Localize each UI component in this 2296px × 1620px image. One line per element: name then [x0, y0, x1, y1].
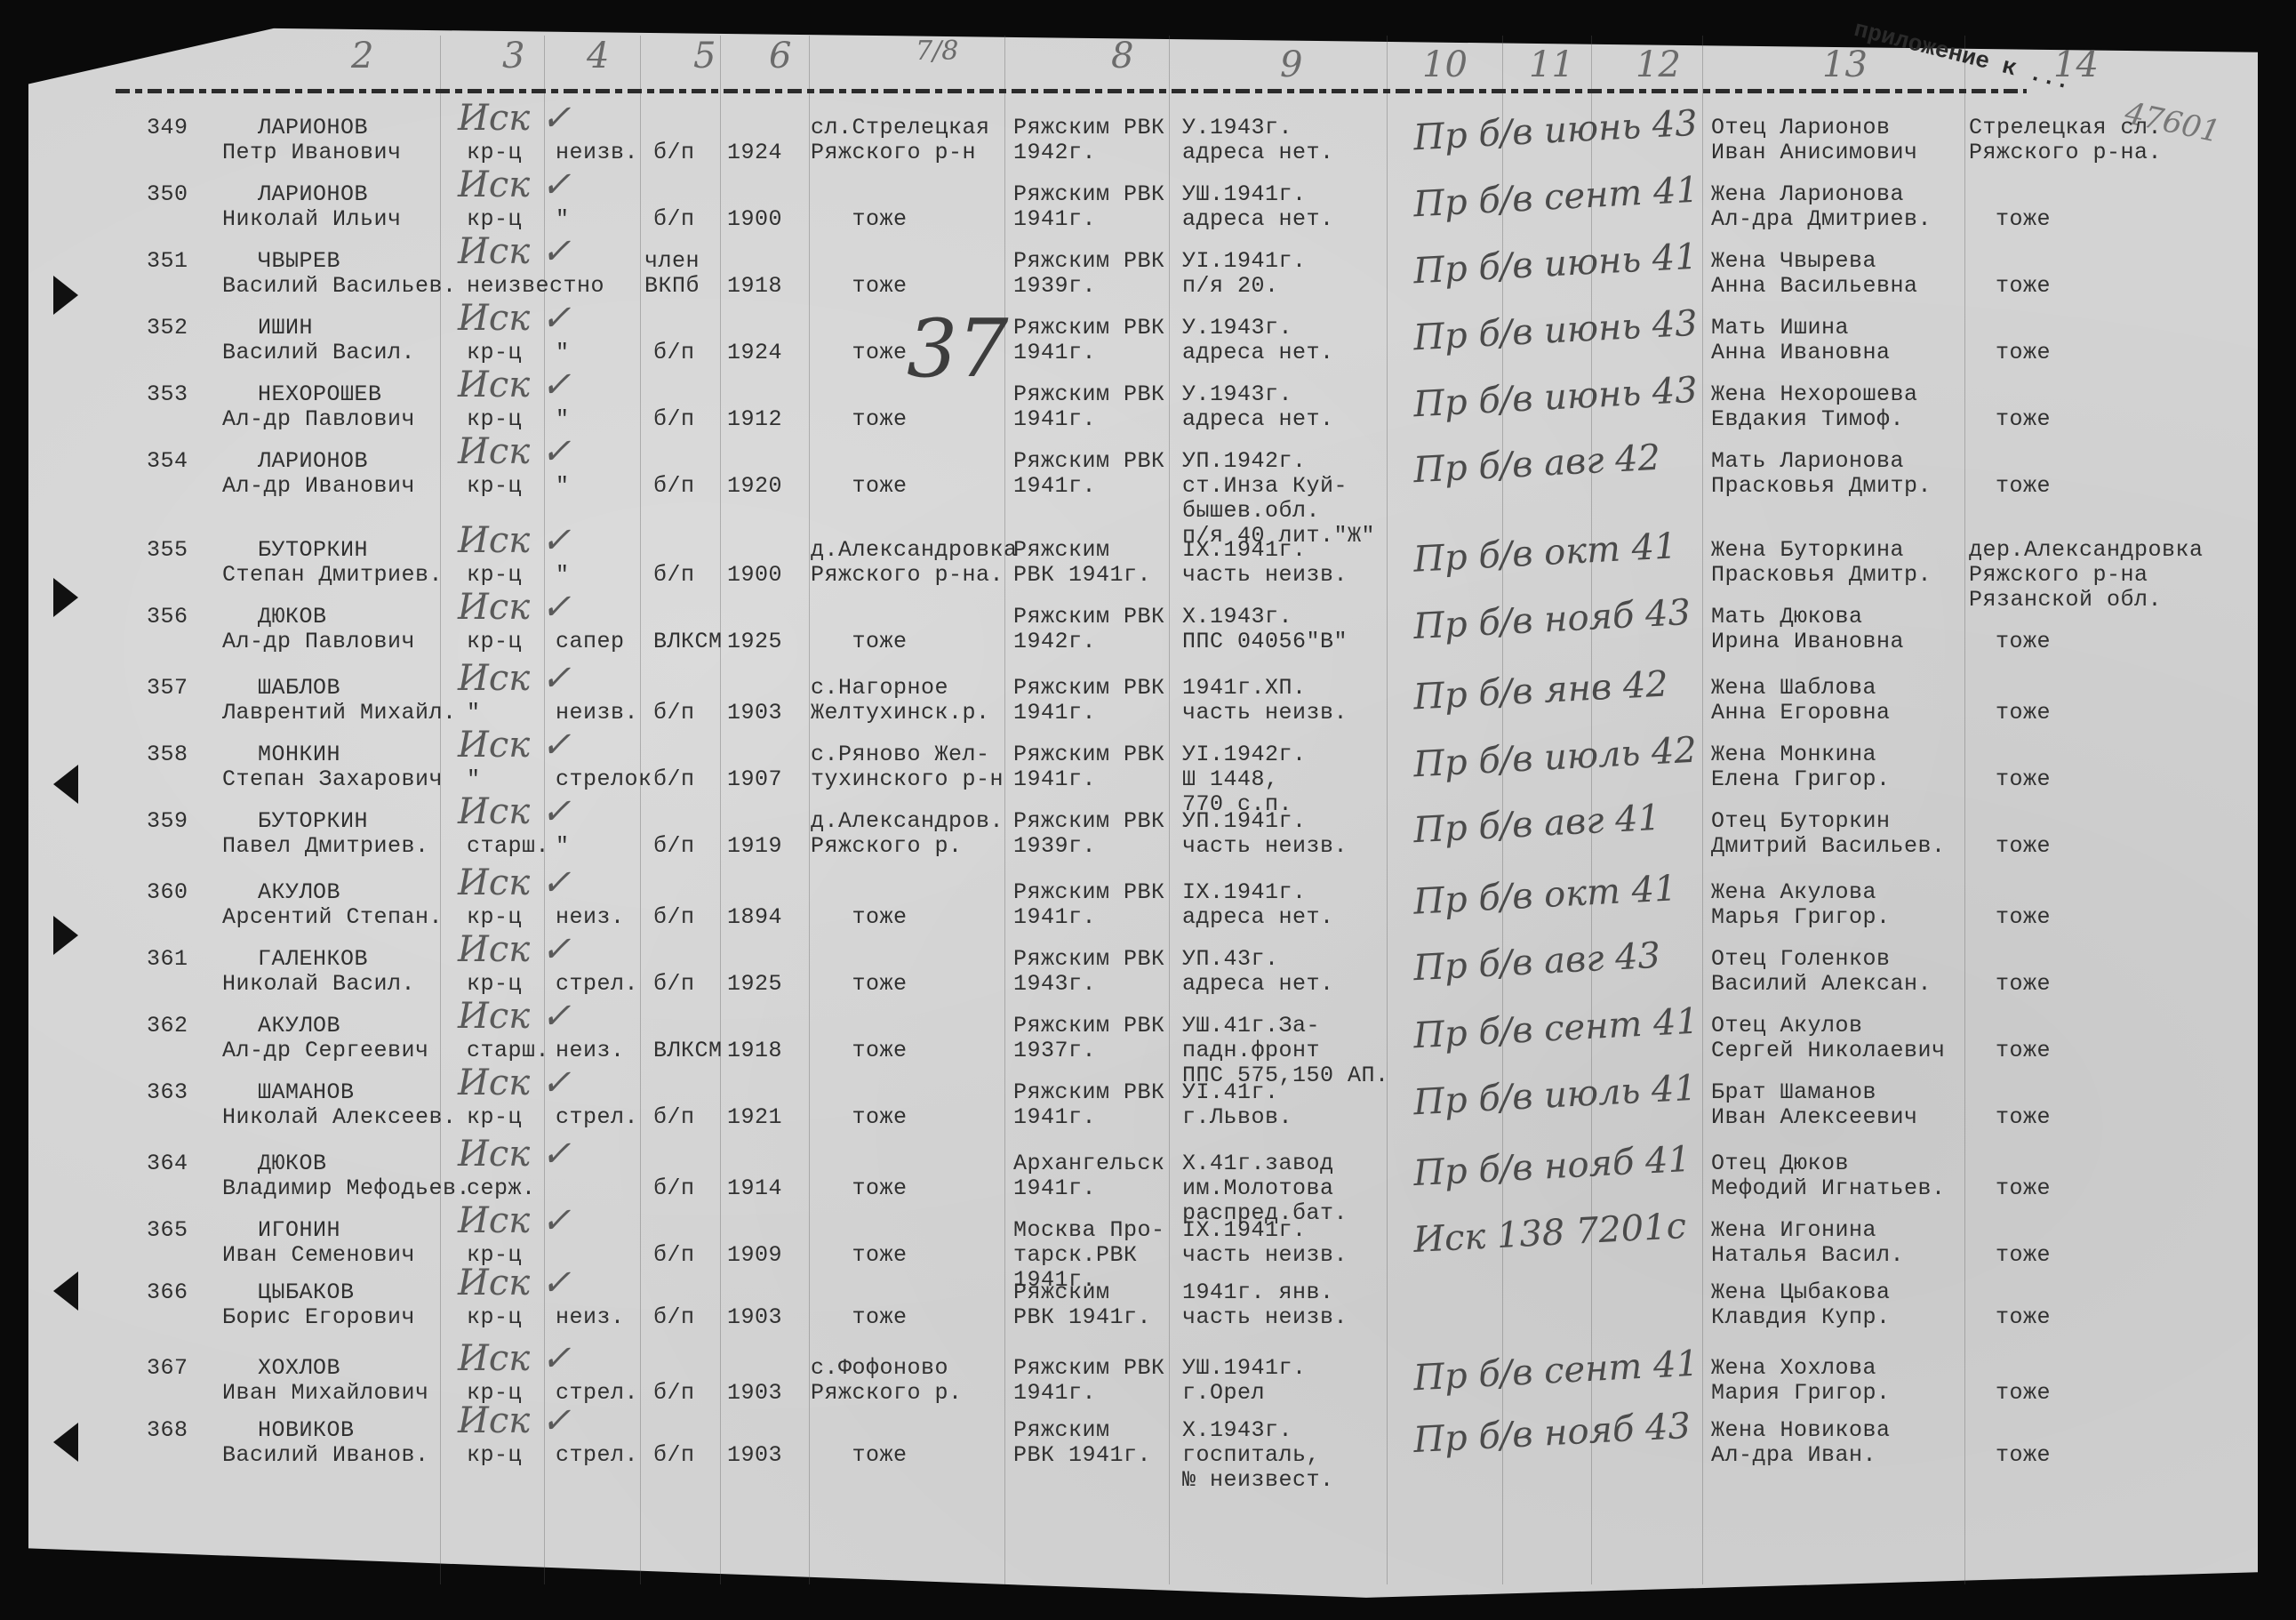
next-of-kin: Мать Ишина Анна Ивановна — [1711, 316, 1891, 365]
last-news: У.1943г. адреса нет. — [1182, 116, 1334, 165]
birthplace: с.Нагорное Желтухинск.р. — [811, 676, 990, 726]
birth-year: 1924 — [727, 341, 782, 365]
last-news: УП.43г. адреса нет. — [1182, 947, 1334, 997]
birthplace: тоже — [811, 407, 908, 432]
surname: МОНКИН — [258, 742, 340, 767]
drafted-by: Ряжским РВК 1941г. — [1013, 538, 1151, 588]
party: б/п — [653, 834, 695, 859]
party: б/п — [653, 407, 695, 432]
given-name: Арсентий Степан. — [222, 905, 443, 930]
position: неизв. — [556, 701, 638, 726]
birth-year: 1907 — [727, 767, 782, 792]
surname: БУТОРКИН — [258, 809, 368, 834]
party: б/п — [653, 905, 695, 930]
drafted-by: Архангельск 1941г. — [1013, 1151, 1165, 1201]
kin-address: тоже — [1996, 207, 2051, 232]
checkmark-icon: Иск ✓ — [458, 231, 571, 272]
checkmark-icon: Иск ✓ — [458, 164, 571, 205]
party: б/п — [653, 563, 695, 588]
birthplace: д.Александров. Ряжского р. — [811, 809, 1004, 859]
column-rule — [440, 36, 441, 1584]
kin-address: тоже — [1996, 341, 2051, 365]
last-news: X.1943г. госпиталь, № неизвест. — [1182, 1418, 1334, 1493]
row-number: 360 — [147, 880, 188, 905]
birth-year: 1900 — [727, 563, 782, 588]
row-number: 358 — [147, 742, 188, 767]
last-news: УI.41г. г.Львов. — [1182, 1080, 1292, 1130]
birth-year: 1903 — [727, 1305, 782, 1330]
rank: старш. — [467, 834, 549, 859]
column-rule — [1702, 36, 1703, 1584]
party: б/п — [653, 1305, 695, 1330]
birthplace: тоже — [811, 1176, 908, 1201]
birth-year: 1925 — [727, 630, 782, 654]
surname: НЕХОРОШЕВ — [258, 382, 382, 407]
birthplace: тоже — [811, 1105, 908, 1130]
next-of-kin: Отец Голенков Василий Алексан. — [1711, 947, 1932, 997]
last-news: IX.1941г. часть неизв. — [1182, 538, 1348, 588]
checkmark-icon: Иск ✓ — [458, 587, 571, 628]
row-number: 351 — [147, 249, 188, 274]
rank: кр-ц — [467, 207, 522, 232]
rank: кр-ц — [467, 341, 522, 365]
drafted-by: Ряжским РВК 1941г. — [1013, 382, 1165, 432]
birthplace: д.Александровка Ряжского р-на. — [811, 538, 1018, 588]
position: " — [556, 474, 570, 499]
rank: серж. — [467, 1176, 536, 1201]
row-number: 354 — [147, 449, 188, 474]
birthplace: тоже — [811, 207, 908, 232]
given-name: Степан Захарович — [222, 767, 443, 792]
kin-address: тоже — [1996, 1176, 2051, 1201]
position: стрел. — [556, 972, 638, 997]
party: б/п — [653, 474, 695, 499]
birthplace: тоже — [811, 341, 908, 365]
last-news: X.1943г. ППС 04056"В" — [1182, 605, 1348, 654]
kin-address: тоже — [1996, 905, 2051, 930]
party: б/п — [653, 1443, 695, 1468]
row-number: 364 — [147, 1151, 188, 1176]
surname: ШАБЛОВ — [258, 676, 340, 701]
given-name: Василий Иванов. — [222, 1443, 429, 1468]
rank: кр-ц — [467, 972, 522, 997]
surname: ДЮКОВ — [258, 1151, 327, 1176]
rank: кр-ц — [467, 474, 522, 499]
position: стрел. — [556, 1443, 638, 1468]
kin-address: тоже — [1996, 407, 2051, 432]
surname: ЛАРИОНОВ — [258, 449, 368, 474]
birthplace: тоже — [811, 905, 908, 930]
drafted-by: Ряжским РВК 1941г. — [1013, 880, 1165, 930]
next-of-kin: Жена Ларионова Ал-дра Дмитриев. — [1711, 182, 1932, 232]
kin-address: тоже — [1996, 1443, 2051, 1468]
rank: " — [467, 767, 481, 792]
next-of-kin: Брат Шаманов Иван Алексеевич — [1711, 1080, 1918, 1130]
checkmark-icon: Иск ✓ — [458, 1200, 571, 1241]
birthplace: тоже — [811, 1243, 908, 1268]
party: б/п — [653, 701, 695, 726]
surname: ЛАРИОНОВ — [258, 182, 368, 207]
drafted-by: Ряжским РВК 1941г. — [1013, 1280, 1151, 1330]
birth-year: 1894 — [727, 905, 782, 930]
binder-hole — [53, 1271, 78, 1311]
next-of-kin: Жена Нехорошева Евдакия Тимоф. — [1711, 382, 1918, 432]
row-number: 361 — [147, 947, 188, 972]
drafted-by: Ряжским РВК 1937г. — [1013, 1014, 1165, 1063]
last-news: IX.1941г. часть неизв. — [1182, 1218, 1348, 1268]
party: б/п — [653, 341, 695, 365]
birth-year: 1900 — [727, 207, 782, 232]
position: стрелок — [556, 767, 652, 792]
position: " — [556, 834, 570, 859]
given-name: Ал-др Сергеевич — [222, 1039, 429, 1063]
checkmark-icon: Иск ✓ — [458, 98, 571, 139]
checkmark-icon: Иск ✓ — [458, 520, 571, 561]
drafted-by: Ряжским РВК 1941г. — [1013, 182, 1165, 232]
given-name: Павел Дмитриев. — [222, 834, 429, 859]
rank: кр-ц — [467, 905, 522, 930]
handwritten-count: 37 — [907, 302, 1009, 396]
next-of-kin: Мать Ларионова Прасковья Дмитр. — [1711, 449, 1932, 499]
last-news: УI.1942г. Ш 1448, 770 с.п. — [1182, 742, 1307, 817]
kin-address: дер.Александровка Ряжского р-на Рязанско… — [1969, 538, 2204, 613]
drafted-by: Ряжским РВК 1941г. — [1013, 1080, 1165, 1130]
birthplace: с.Ряново Жел- тухинского р-н — [811, 742, 1004, 792]
checkmark-icon: Иск ✓ — [458, 365, 571, 405]
binder-hole — [53, 276, 78, 315]
birthplace: тоже — [811, 474, 908, 499]
birth-year: 1914 — [727, 1176, 782, 1201]
kin-address: тоже — [1996, 1243, 2051, 1268]
row-number: 350 — [147, 182, 188, 207]
checkmark-icon: Иск ✓ — [458, 1400, 571, 1441]
table-row: 368НОВИКОВВасилий Иванов.кр-цстрел.б/п19… — [0, 0, 2296, 71]
last-news: УШ.1941г. адреса нет. — [1182, 182, 1334, 232]
next-of-kin: Жена Акулова Марья Григор. — [1711, 880, 1891, 930]
last-news: X.41г.завод им.Молотова распред.бат. — [1182, 1151, 1348, 1226]
birth-year: 1924 — [727, 140, 782, 165]
kin-address: тоже — [1996, 1105, 2051, 1130]
birth-year: 1903 — [727, 1381, 782, 1406]
checkmark-icon: Иск ✓ — [458, 996, 571, 1037]
position: " — [556, 341, 570, 365]
next-of-kin: Отец Ларионов Иван Анисимович — [1711, 116, 1918, 165]
birth-year: 1918 — [727, 1039, 782, 1063]
given-name: Степан Дмитриев. — [222, 563, 443, 588]
next-of-kin: Жена Монкина Елена Григор. — [1711, 742, 1891, 792]
rank: кр-ц — [467, 1305, 522, 1330]
birth-year: 1921 — [727, 1105, 782, 1130]
surname: АКУЛОВ — [258, 1014, 340, 1039]
checkmark-icon: Иск ✓ — [458, 1134, 571, 1175]
rank: кр-ц — [467, 140, 522, 165]
last-news: IX.1941г. адреса нет. — [1182, 880, 1334, 930]
birthplace: тоже — [811, 1039, 908, 1063]
checkmark-icon: Иск ✓ — [458, 725, 571, 766]
birthplace: тоже — [811, 972, 908, 997]
checkmark-icon: Иск ✓ — [458, 431, 571, 472]
surname: ДЮКОВ — [258, 605, 327, 630]
next-of-kin: Мать Дюкова Ирина Ивановна — [1711, 605, 1904, 654]
position: " — [556, 407, 570, 432]
party: б/п — [653, 767, 695, 792]
header-dashed-rule — [116, 89, 2027, 93]
column-rule — [809, 36, 810, 1584]
rank: кр-ц — [467, 407, 522, 432]
position: неиз. — [556, 1039, 625, 1063]
position: стрел. — [556, 1105, 638, 1130]
drafted-by: Ряжским РВК 1939г. — [1013, 249, 1165, 299]
given-name: Иван Семенович — [222, 1243, 415, 1268]
binder-hole — [53, 765, 78, 804]
position: неиз. — [556, 905, 625, 930]
next-of-kin: Жена Новикова Ал-дра Иван. — [1711, 1418, 1891, 1468]
row-number: 349 — [147, 116, 188, 140]
last-news: УП.1942г. ст.Инза Куй- бышев.обл. п/я 40… — [1182, 449, 1375, 549]
rank: кр-ц — [467, 563, 522, 588]
last-news: УШ.41г.За- падн.фронт ППС 575,150 АП. — [1182, 1014, 1389, 1088]
binder-hole — [53, 1423, 78, 1462]
party: ВЛКСМ — [653, 630, 723, 654]
kin-address: тоже — [1996, 630, 2051, 654]
position: неиз. — [556, 1305, 625, 1330]
rank: старш. — [467, 1039, 549, 1063]
birth-year: 1920 — [727, 474, 782, 499]
rank: " — [467, 701, 481, 726]
row-number: 352 — [147, 316, 188, 341]
drafted-by: Ряжским РВК 1939г. — [1013, 809, 1165, 859]
next-of-kin: Жена Буторкина Прасковья Дмитр. — [1711, 538, 1932, 588]
birth-year: 1919 — [727, 834, 782, 859]
surname: ЦЫБАКОВ — [258, 1280, 355, 1305]
kin-address: тоже — [1996, 274, 2051, 299]
drafted-by: Ряжским РВК 1942г. — [1013, 116, 1165, 165]
given-name: Ал-др Павлович — [222, 630, 415, 654]
surname: НОВИКОВ — [258, 1418, 355, 1443]
birthplace: с.Фофоново Ряжского р. — [811, 1356, 963, 1406]
given-name: Петр Иванович — [222, 140, 402, 165]
last-news: УП.1941г. часть неизв. — [1182, 809, 1348, 859]
kin-address: тоже — [1996, 1039, 2051, 1063]
party: б/п — [653, 207, 695, 232]
birth-year: 1903 — [727, 701, 782, 726]
row-number: 367 — [147, 1356, 188, 1381]
given-name: Борис Егорович — [222, 1305, 415, 1330]
given-name: Николай Алексеев. — [222, 1105, 457, 1130]
next-of-kin: Жена Цыбакова Клавдия Купр. — [1711, 1280, 1891, 1330]
birth-year: 1918 — [727, 274, 782, 299]
position: " — [556, 563, 570, 588]
kin-address: тоже — [1996, 1305, 2051, 1330]
checkmark-icon: Иск ✓ — [458, 791, 571, 832]
last-news: 1941г. янв. часть неизв. — [1182, 1280, 1348, 1330]
drafted-by: Ряжским РВК 1941г. — [1013, 742, 1165, 792]
birth-year: 1912 — [727, 407, 782, 432]
column-rule — [640, 36, 641, 1584]
given-name: Николай Васил. — [222, 972, 415, 997]
row-number: 359 — [147, 809, 188, 834]
given-name: Василий Васильев. — [222, 274, 457, 299]
surname: БУТОРКИН — [258, 538, 368, 563]
party: б/п — [653, 140, 695, 165]
last-news: У.1943г. адреса нет. — [1182, 382, 1334, 432]
drafted-by: Ряжским РВК 1941г. — [1013, 449, 1165, 499]
last-news: 1941г.ХП. часть неизв. — [1182, 676, 1348, 726]
party: б/п — [653, 1176, 695, 1201]
party: б/п — [653, 1381, 695, 1406]
surname: ШАМАНОВ — [258, 1080, 355, 1105]
last-news: У.1943г. адреса нет. — [1182, 316, 1334, 365]
checkmark-icon: Иск ✓ — [458, 1263, 571, 1303]
row-number: 365 — [147, 1218, 188, 1243]
birth-year: 1903 — [727, 1443, 782, 1468]
drafted-by: Ряжским РВК 1942г. — [1013, 605, 1165, 654]
next-of-kin: Жена Чвырева Анна Васильевна — [1711, 249, 1918, 299]
checkmark-icon: Иск ✓ — [458, 862, 571, 903]
next-of-kin: Жена Хохлова Мария Григор. — [1711, 1356, 1891, 1406]
next-of-kin: Отец Дюков Мефодий Игнатьев. — [1711, 1151, 1946, 1201]
birthplace: тоже — [811, 630, 908, 654]
given-name: Ал-др Павлович — [222, 407, 415, 432]
party: ВЛКСМ — [653, 1039, 723, 1063]
last-news: УШ.1941г. г.Орел — [1182, 1356, 1307, 1406]
column-rule — [1964, 36, 1965, 1584]
next-of-kin: Отец Акулов Сергей Николаевич — [1711, 1014, 1946, 1063]
column-rule — [720, 36, 721, 1584]
given-name: Ал-др Иванович — [222, 474, 415, 499]
kin-address: тоже — [1996, 767, 2051, 792]
surname: ХОХЛОВ — [258, 1356, 340, 1381]
drafted-by: Ряжским РВК 1943г. — [1013, 947, 1165, 997]
drafted-by: Ряжским РВК 1941г. — [1013, 676, 1165, 726]
kin-address: тоже — [1996, 474, 2051, 499]
checkmark-icon: Иск ✓ — [458, 658, 571, 699]
drafted-by: Ряжским РВК 1941г. — [1013, 1356, 1165, 1406]
birthplace: сл.Стрелецкая Ряжского р-н — [811, 116, 990, 165]
checkmark-icon: Иск ✓ — [458, 298, 571, 339]
kin-address: Стрелецкая сл. Ряжского р-на. — [1969, 116, 2162, 165]
surname: АКУЛОВ — [258, 880, 340, 905]
checkmark-icon: Иск ✓ — [458, 1338, 571, 1379]
row-number: 355 — [147, 538, 188, 563]
birth-year: 1909 — [727, 1243, 782, 1268]
drafted-by: Ряжским РВК 1941г. — [1013, 316, 1165, 365]
column-rule — [1004, 36, 1005, 1584]
kin-address: тоже — [1996, 1381, 2051, 1406]
party: б/п — [653, 1105, 695, 1130]
given-name: Владимир Мефодьев. — [222, 1176, 470, 1201]
column-rule — [1387, 36, 1388, 1584]
kin-address: тоже — [1996, 701, 2051, 726]
party: б/п — [653, 972, 695, 997]
column-rule — [1169, 36, 1170, 1584]
kin-address: тоже — [1996, 972, 2051, 997]
next-of-kin: Отец Буторкин Дмитрий Васильев. — [1711, 809, 1946, 859]
position: " — [556, 207, 570, 232]
surname: ГАЛЕНКОВ — [258, 947, 368, 972]
party: член ВКПб — [644, 249, 700, 299]
rank: кр-ц — [467, 1443, 522, 1468]
row-number: 353 — [147, 382, 188, 407]
given-name: Николай Ильич — [222, 207, 402, 232]
row-number: 362 — [147, 1014, 188, 1039]
birth-year: 1925 — [727, 972, 782, 997]
row-number: 356 — [147, 605, 188, 630]
binder-hole — [53, 916, 78, 955]
birthplace: тоже — [811, 1305, 908, 1330]
surname: ИШИН — [258, 316, 313, 341]
rank: кр-ц — [467, 1105, 522, 1130]
next-of-kin: Жена Игонина Наталья Васил. — [1711, 1218, 1904, 1268]
binder-hole — [53, 578, 78, 617]
given-name: Лаврентий Михайл. — [222, 701, 457, 726]
rank: кр-ц — [467, 630, 522, 654]
surname: ЛАРИОНОВ — [258, 116, 368, 140]
row-number: 357 — [147, 676, 188, 701]
drafted-by: Ряжским РВК 1941г. — [1013, 1418, 1151, 1468]
position: сапер — [556, 630, 625, 654]
surname: ИГОНИН — [258, 1218, 340, 1243]
rank: неизвестно — [467, 274, 604, 299]
birthplace: тоже — [811, 274, 908, 299]
checkmark-icon: Иск ✓ — [458, 1063, 571, 1103]
given-name: Иван Михайлович — [222, 1381, 429, 1406]
last-news: УI.1941г. п/я 20. — [1182, 249, 1307, 299]
next-of-kin: Жена Шаблова Анна Егоровна — [1711, 676, 1891, 726]
position: неизв. — [556, 140, 638, 165]
row-number: 366 — [147, 1280, 188, 1305]
birthplace: тоже — [811, 1443, 908, 1468]
row-number: 368 — [147, 1418, 188, 1443]
given-name: Василий Васил. — [222, 341, 415, 365]
kin-address: тоже — [1996, 834, 2051, 859]
surname: ЧВЫРЕВ — [258, 249, 340, 274]
checkmark-icon: Иск ✓ — [458, 929, 571, 970]
row-number: 363 — [147, 1080, 188, 1105]
party: б/п — [653, 1243, 695, 1268]
